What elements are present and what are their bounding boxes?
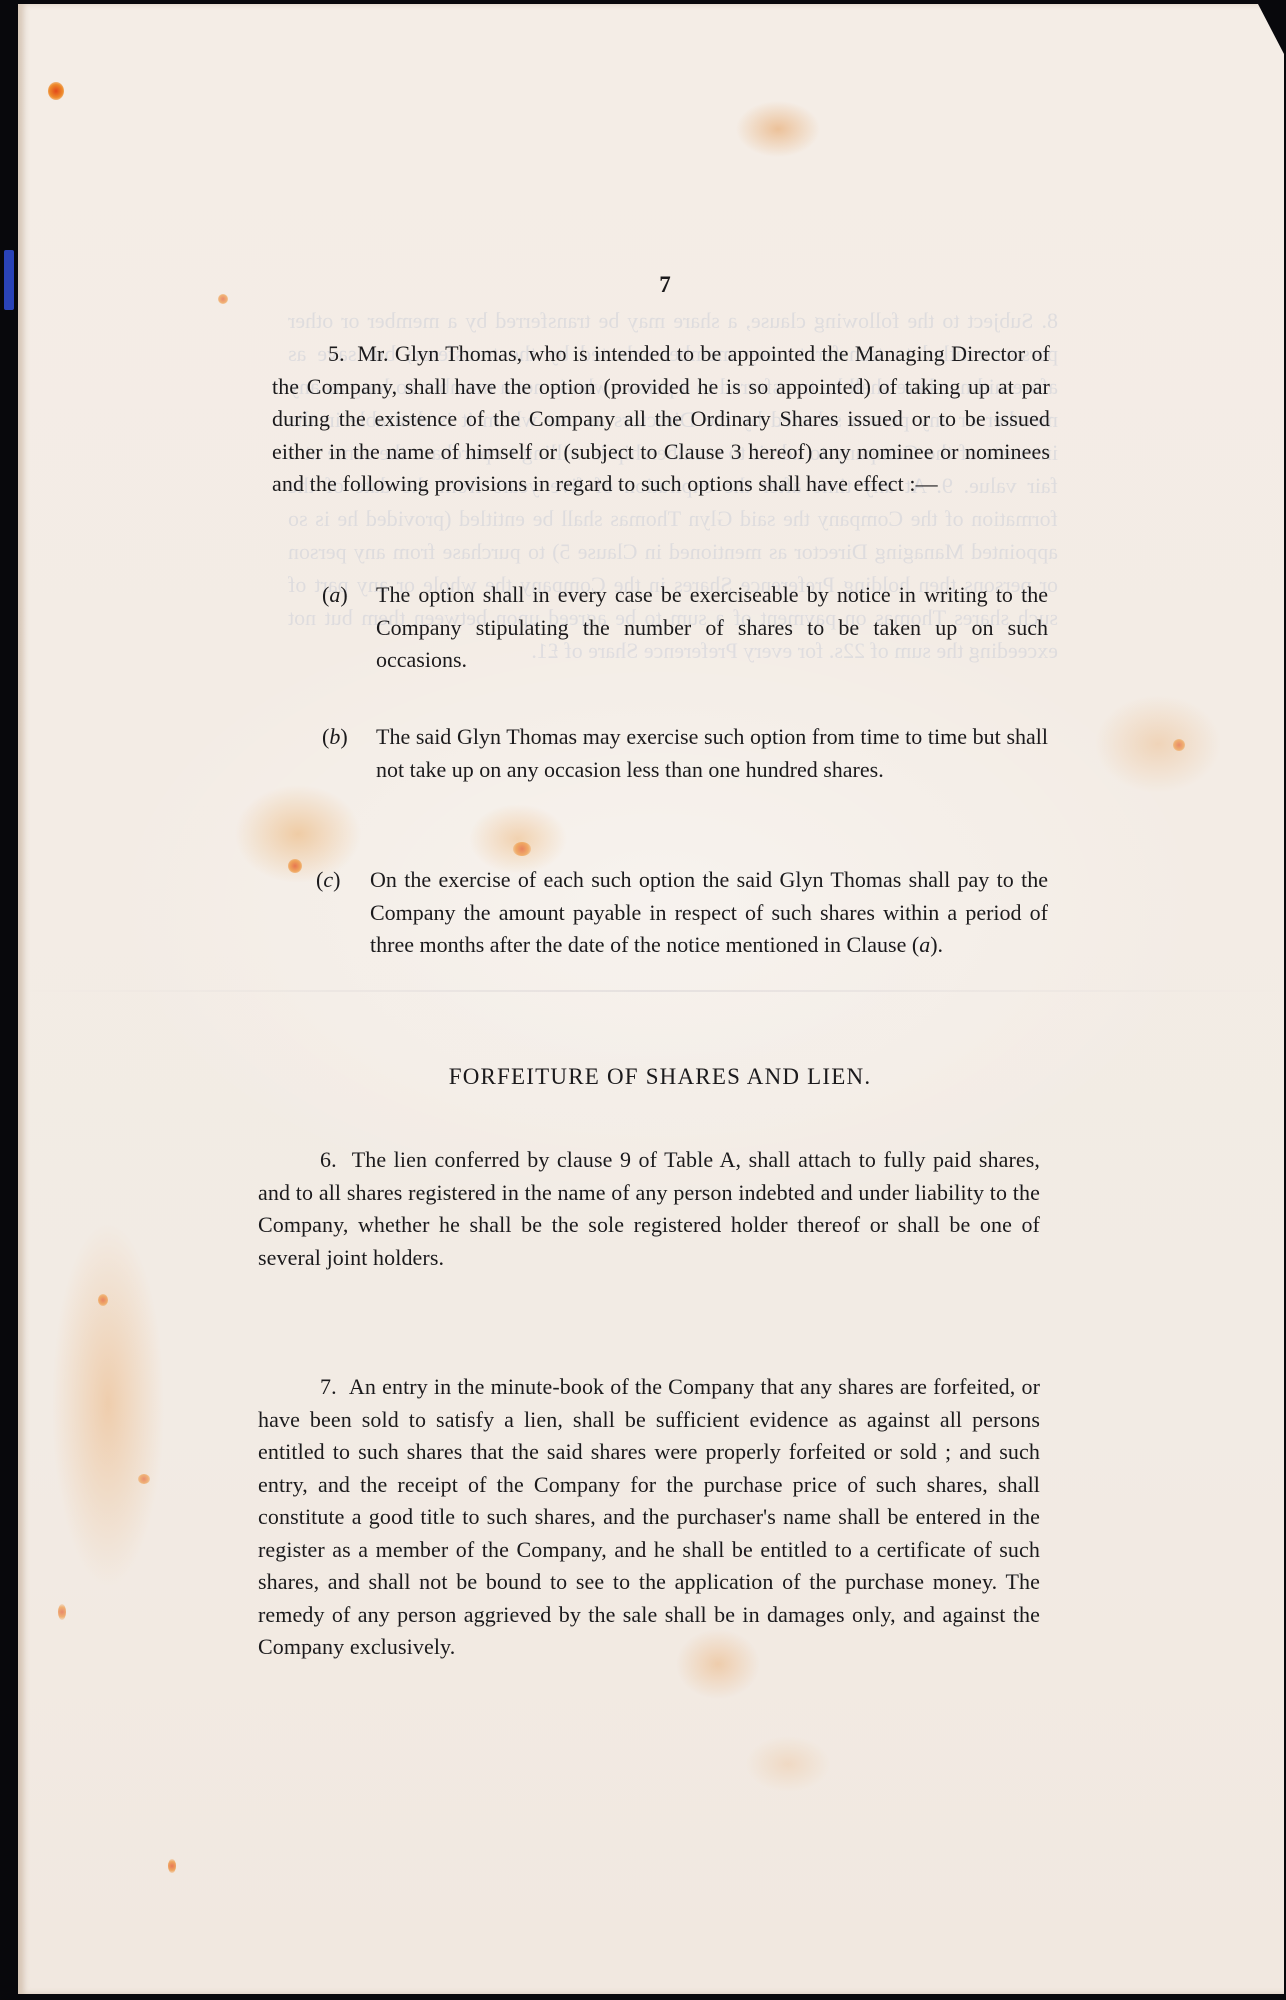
- subclause-a: (a) The option shall in every case be ex…: [376, 579, 1048, 677]
- clause-5: 5. Mr. Glyn Thomas, who is intended to b…: [272, 338, 1050, 501]
- subclause-text-end: ).: [930, 932, 943, 957]
- page-number: 7: [640, 272, 690, 298]
- clause-6: 6. The lien conferred by clause 9 of Tab…: [258, 1144, 1040, 1274]
- subclause-b: (b) The said Glyn Thomas may exercise su…: [376, 721, 1048, 786]
- clause-text: An entry in the minute-book of the Compa…: [258, 1374, 1040, 1659]
- document-content: 7 5. Mr. Glyn Thomas, who is intended to…: [0, 0, 1286, 2000]
- subclause-text: On the exercise of each such option the …: [370, 867, 1048, 957]
- subclause-label: (a): [322, 579, 348, 612]
- clause-text: The lien conferred by clause 9 of Table …: [258, 1147, 1040, 1270]
- subclause-label: (c): [316, 864, 340, 897]
- clause-text: Mr. Glyn Thomas, who is intended to be a…: [272, 341, 1050, 496]
- subclause-text: The said Glyn Thomas may exercise such o…: [376, 724, 1048, 782]
- subclause-label: (b): [322, 721, 348, 754]
- subclause-text: The option shall in every case be exerci…: [376, 582, 1048, 672]
- section-heading: FORFEITURE OF SHARES AND LIEN.: [272, 1064, 1048, 1090]
- clause-7: 7. An entry in the minute-book of the Co…: [258, 1371, 1040, 1664]
- clause-reference: a: [919, 932, 930, 957]
- clause-number: 6.: [320, 1147, 337, 1172]
- clause-number: 5.: [328, 341, 345, 366]
- subclause-c: (c) On the exercise of each such option …: [370, 864, 1048, 962]
- clause-number: 7.: [320, 1374, 337, 1399]
